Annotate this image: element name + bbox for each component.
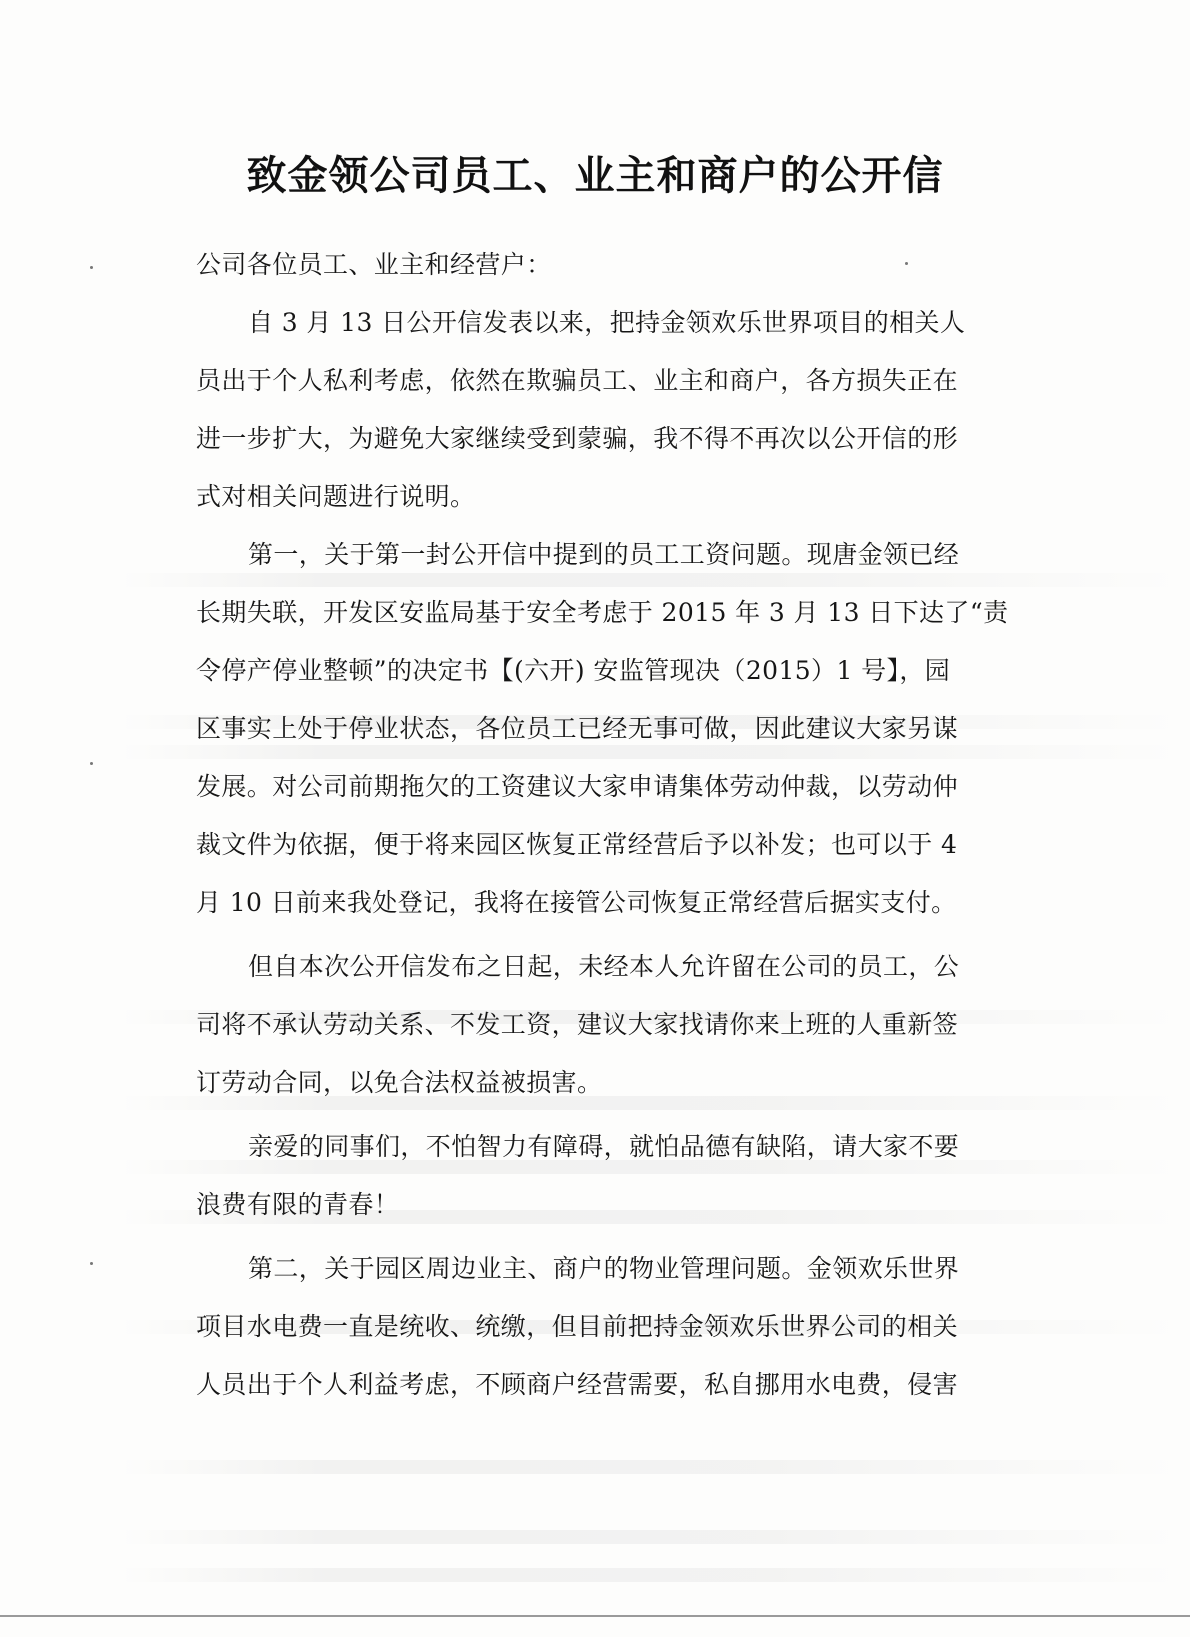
paragraph-line: 第二，关于园区周边业主、商户的物业管理问题。金领欢乐世界	[248, 1252, 959, 1286]
scan-speck	[90, 266, 93, 269]
scan-speck	[90, 762, 93, 765]
paragraph-line: 第一，关于第一封公开信中提到的员工工资问题。现唐金领已经	[248, 538, 959, 572]
paragraph-line: 浪费有限的青春！	[196, 1188, 399, 1222]
paragraph-line: 发展。对公司前期拖欠的工资建议大家申请集体劳动仲裁，以劳动仲	[196, 770, 958, 804]
salutation: 公司各位员工、业主和经营户：	[196, 248, 552, 282]
paragraph-line: 月 10 日前来我处登记，我将在接管公司恢复正常经营后据实支付。	[196, 886, 957, 920]
show-through-artifact	[120, 573, 1180, 587]
paragraph-line: 自 3 月 13 日公开信发表以来，把持金领欢乐世界项目的相关人	[248, 306, 965, 340]
show-through-artifact	[120, 1568, 1180, 1582]
paragraph-line: 项目水电费一直是统收、统缴，但目前把持金领欢乐世界公司的相关	[196, 1310, 958, 1344]
scan-speck	[90, 1262, 93, 1265]
paragraph-line: 订劳动合同，以免合法权益被损害。	[196, 1066, 602, 1100]
show-through-artifact	[120, 1460, 1180, 1474]
paragraph-line: 长期失联，开发区安监局基于安全考虑于 2015 年 3 月 13 日下达了“责	[196, 596, 1008, 630]
paragraph-line: 司将不承认劳动关系、不发工资，建议大家找请你来上班的人重新签	[196, 1008, 958, 1042]
paragraph-line: 亲爱的同事们，不怕智力有障碍，就怕品德有缺陷，请大家不要	[248, 1130, 959, 1164]
paragraph-line: 裁文件为依据，便于将来园区恢复正常经营后予以补发；也可以于 4	[196, 828, 957, 862]
paragraph-line: 令停产停业整顿”的决定书【(六开) 安监管现决（2015）1 号】，园	[196, 654, 950, 688]
paragraph-line: 进一步扩大，为避免大家继续受到蒙骗，我不得不再次以公开信的形	[196, 422, 958, 456]
show-through-artifact	[120, 1530, 1180, 1544]
paragraph-line: 员出于个人私利考虑，依然在欺骗员工、业主和商户，各方损失正在	[196, 364, 958, 398]
scan-speck	[905, 262, 908, 265]
scanned-letter-page: 致金领公司员工、业主和商户的公开信 公司各位员工、业主和经营户： 自 3 月 1…	[0, 0, 1190, 1637]
paragraph-line: 区事实上处于停业状态，各位员工已经无事可做，因此建议大家另谋	[196, 712, 958, 746]
paragraph-line: 但自本次公开信发布之日起，未经本人允许留在公司的员工，公	[248, 950, 959, 984]
page-bottom-edge	[0, 1615, 1190, 1617]
page-title: 致金领公司员工、业主和商户的公开信	[0, 151, 1190, 201]
paragraph-line: 人员出于个人利益考虑，不顾商户经营需要，私自挪用水电费，侵害	[196, 1368, 958, 1402]
paragraph-line: 式对相关问题进行说明。	[196, 480, 475, 514]
show-through-artifact	[120, 745, 1180, 759]
